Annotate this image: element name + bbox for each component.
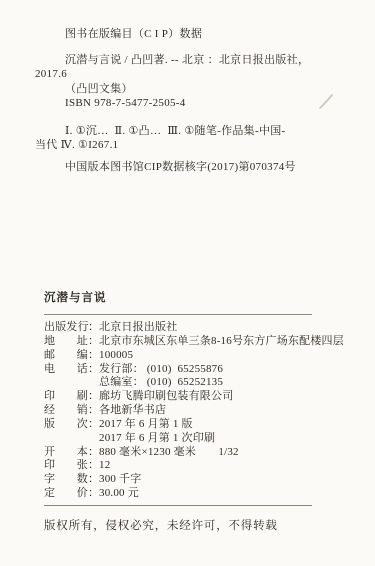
book-title: 沉潜与言说 (44, 291, 312, 305)
scan-pen-mark (319, 94, 334, 110)
colophon-row-label: 印张 (44, 459, 88, 473)
book-copyright-page: 图书在版编目（C I P）数据 沉潜与言说 / 凸凹著. -- 北京 ：北京日报… (0, 0, 375, 566)
colophon-row: 邮编：100005 (44, 349, 312, 363)
colophon-row-value: 发行部： (010) 65255876 (99, 363, 223, 377)
colophon-row-colon: ： (88, 459, 99, 473)
colophon-row-label: 地址 (44, 335, 88, 349)
colophon-row-label: 定价 (44, 487, 88, 501)
colophon-rows: 出版发行：北京日报出版社地址：北京市东城区东单三条8-16号东方广场东配楼四层邮… (44, 321, 312, 501)
colophon-row-colon: ： (88, 404, 99, 418)
colophon-row-label: 电话 (44, 363, 88, 377)
colophon-row-label: 字数 (44, 473, 88, 487)
colophon-row-colon (88, 432, 99, 446)
cip-classification-line2: 当代 Ⅳ. ①I267.1 (35, 138, 365, 153)
colophon-row-value: 2017 年 6 月第 1 版 (99, 418, 193, 432)
colophon-row: 印张：12 (44, 459, 312, 473)
colophon-row-label: 经销 (44, 404, 88, 418)
colophon-row-value: 30.00 元 (99, 487, 139, 501)
cip-isbn: ISBN 978-7-5477-2505-4 (35, 96, 365, 111)
colophon-block: 沉潜与言说 出版发行：北京日报出版社地址：北京市东城区东单三条8-16号东方广场… (44, 291, 312, 533)
colophon-row-colon: ： (88, 349, 99, 363)
copyright-notice: 版权所有，侵权必究，未经许可，不得转载 (44, 519, 312, 533)
cip-record-number: 中国版本图书馆CIP数据核字(2017)第070374号 (35, 160, 365, 175)
colophon-row: 经销：各地新华书店 (44, 404, 312, 418)
colophon-row-colon: ： (88, 473, 99, 487)
cip-description-line2: 2017.6 (35, 67, 365, 82)
colophon-row-value: 廊坊飞腾印刷包装有限公司 (99, 390, 233, 404)
colophon-row-colon: ： (88, 390, 99, 404)
colophon-row-value: 2017 年 6 月第 1 次印刷 (99, 432, 215, 446)
colophon-row-label: 开本 (44, 446, 88, 460)
colophon-row: 电话：发行部： (010) 65255876 (44, 363, 312, 377)
colophon-row: 2017 年 6 月第 1 次印刷 (44, 432, 312, 446)
colophon-row-value: 总编室： (010) 65252135 (99, 376, 223, 390)
colophon-row: 地址：北京市东城区东单三条8-16号东方广场东配楼四层 (44, 335, 312, 349)
colophon-row-colon: ： (88, 335, 99, 349)
colophon-row-colon: ： (88, 446, 99, 460)
colophon-row-colon: ： (88, 418, 99, 432)
colophon-row-label (44, 432, 88, 446)
colophon-row-colon: ： (88, 487, 99, 501)
colophon-row-colon: ： (88, 321, 99, 335)
cip-block: 图书在版编目（C I P）数据 沉潜与言说 / 凸凹著. -- 北京 ：北京日报… (35, 27, 365, 174)
colophon-row: 定价：30.00 元 (44, 487, 312, 501)
colophon-row-value: 北京日报出版社 (99, 321, 177, 335)
colophon-row-label: 版次 (44, 418, 88, 432)
colophon-row-value: 12 (99, 459, 110, 473)
colophon-row: 字数：300 千字 (44, 473, 312, 487)
colophon-row: 开本：880 毫米×1230 毫米 1/32 (44, 446, 312, 460)
colophon-row-value: 300 千字 (99, 473, 141, 487)
colophon-row-label: 邮编 (44, 349, 88, 363)
colophon-row-label: 出版发行 (44, 321, 88, 335)
divider-bottom (44, 505, 312, 506)
colophon-row-label: 印刷 (44, 390, 88, 404)
cip-heading: 图书在版编目（C I P）数据 (35, 27, 365, 42)
colophon-row-colon (88, 376, 99, 390)
cip-description-line1: 沉潜与言说 / 凸凹著. -- 北京 ：北京日报出版社， (35, 53, 365, 68)
colophon-row-value: 880 毫米×1230 毫米 1/32 (99, 446, 239, 460)
colophon-row-value: 100005 (99, 349, 133, 363)
colophon-row-label (44, 376, 88, 390)
colophon-row-colon: ： (88, 363, 99, 377)
cip-series-note: （凸凹文集） (35, 82, 365, 97)
cip-classification-line1: Ⅰ. ①沉… Ⅱ. ①凸… Ⅲ. ①随笔-作品集-中国- (35, 124, 365, 139)
colophon-row: 版次：2017 年 6 月第 1 版 (44, 418, 312, 432)
colophon-row: 印刷：廊坊飞腾印刷包装有限公司 (44, 390, 312, 404)
colophon-row-value: 北京市东城区东单三条8-16号东方广场东配楼四层 (99, 335, 344, 349)
divider-top (44, 314, 312, 315)
colophon-row-value: 各地新华书店 (99, 404, 166, 418)
colophon-row: 出版发行：北京日报出版社 (44, 321, 312, 335)
colophon-row: 总编室： (010) 65252135 (44, 376, 312, 390)
